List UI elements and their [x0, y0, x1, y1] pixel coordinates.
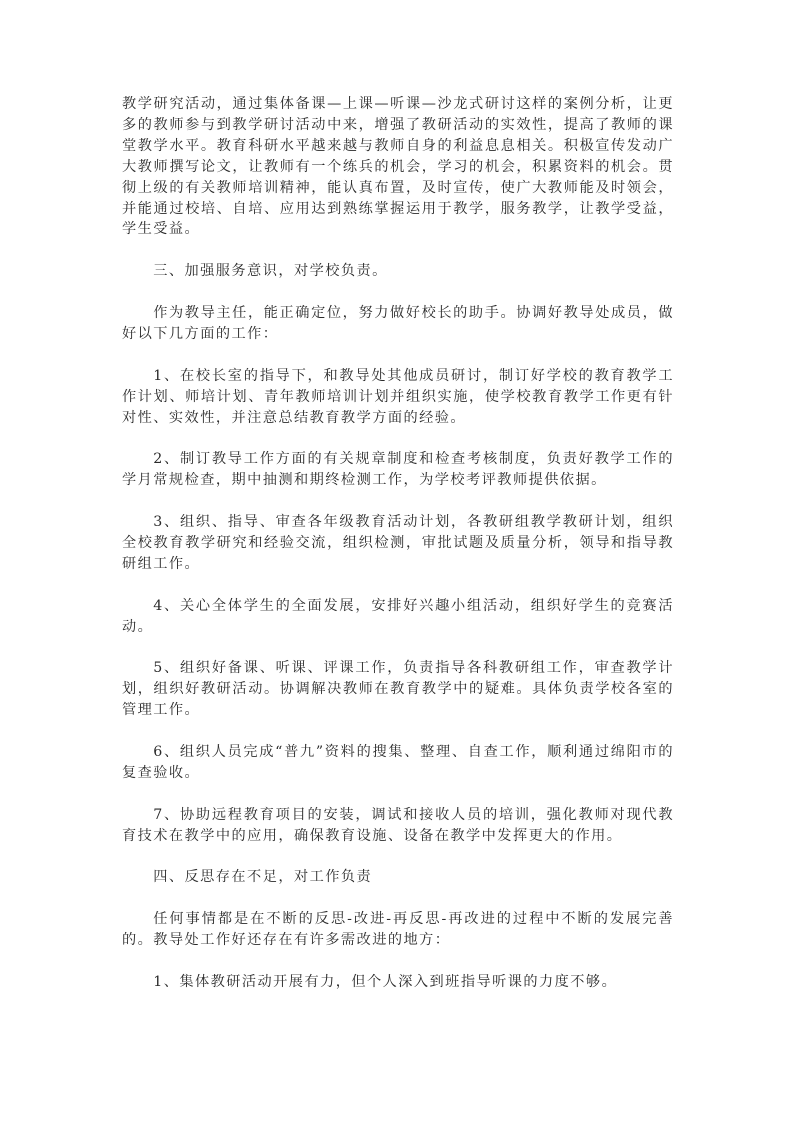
list-item-7: 7、协助远程教育项目的安装，调试和接收人员的培训，强化教师对现代教育技术在教学中…	[122, 805, 674, 847]
paragraph-teaching-research: 教学研究活动，通过集体备课—上课—听课—沙龙式研讨这样的案例分析，让更多的教师参…	[122, 94, 674, 240]
list-item-1: 1、在校长室的指导下，和教导处其他成员研讨，制订好学校的教育教学工作计划、师培计…	[122, 366, 674, 429]
paragraph-reflection-intro: 任何事情都是在不断的反思-改进-再反思-再改进的过程中不断的发展完善的。教导处工…	[122, 909, 674, 951]
list-item-6: 6、组织人员完成“普九”资料的搜集、整理、自查工作，顺利通过绵阳市的复查验收。	[122, 742, 674, 784]
shortcoming-item-1: 1、集体教研活动开展有力，但个人深入到班指导听课的力度不够。	[122, 972, 674, 993]
paragraph-role-intro: 作为教导主任，能正确定位，努力做好校长的助手。协调好教导处成员，做好以下几方面的…	[122, 303, 674, 345]
list-item-3: 3、组织、指导、审查各年级教育活动计划，各教研组教学教研计划，组织全校教育教学研…	[122, 512, 674, 575]
list-item-4: 4、关心全体学生的全面发展，安排好兴趣小组活动，组织好学生的竞赛活动。	[122, 596, 674, 638]
heading-section-four: 四、反思存在不足，对工作负责	[122, 867, 674, 888]
heading-section-three: 三、加强服务意识，对学校负责。	[122, 261, 674, 282]
document-page: 教学研究活动，通过集体备课—上课—听课—沙龙式研讨这样的案例分析，让更多的教师参…	[122, 94, 674, 993]
list-item-5: 5、组织好备课、听课、评课工作，负责指导各科教研组工作，审查教学计划，组织好教研…	[122, 658, 674, 721]
list-item-2: 2、制订教导工作方面的有关规章制度和检查考核制度，负责好教学工作的学月常规检查，…	[122, 449, 674, 491]
